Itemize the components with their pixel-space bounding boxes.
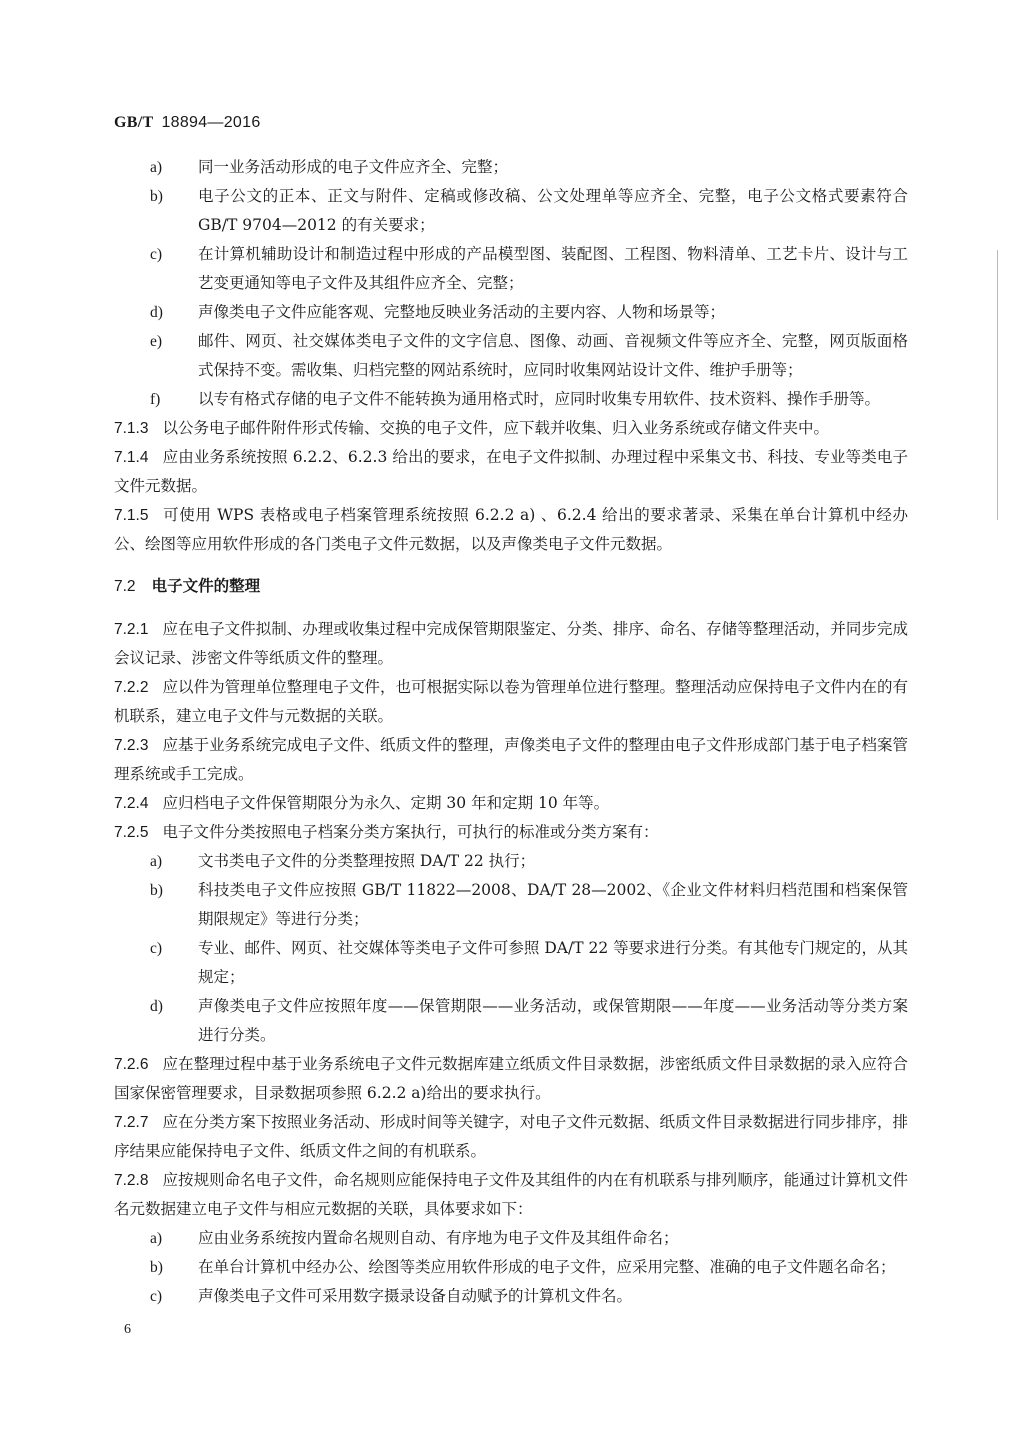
list-item: f)以专有格式存储的电子文件不能转换为通用格式时，应同时收集专用软件、技术资料、… (114, 385, 908, 414)
list-text: 声像类电子文件应能客观、完整地反映业务活动的主要内容、人物和场景等； (198, 298, 908, 327)
list-label: d) (114, 298, 198, 327)
clause-7-2-7: 7.2.7应在分类方案下按照业务活动、形成时间等关键字，对电子文件元数据、纸质文… (114, 1108, 908, 1166)
clause-7-2-1: 7.2.1应在电子文件拟制、办理或收集过程中完成保管期限鉴定、分类、排序、命名、… (114, 615, 908, 673)
clause-7-2-4: 7.2.4应归档电子文件保管期限分为永久、定期 30 年和定期 10 年等。 (114, 789, 908, 818)
clause-number: 7.2.2 (114, 679, 148, 696)
clause-text: 可使用 WPS 表格或电子档案管理系统按照 6.2.2 a) 、6.2.4 给出… (114, 506, 908, 553)
list-label: d) (114, 992, 198, 1050)
list-label: a) (114, 1224, 198, 1253)
clause-7-2-6: 7.2.6应在整理过程中基于业务系统电子文件元数据库建立纸质文件目录数据，涉密纸… (114, 1050, 908, 1108)
clause-text: 应按规则命名电子文件，命名规则应能保持电子文件及其组件的内在有机联系与排列顺序，… (114, 1171, 908, 1218)
clause-text: 应在整理过程中基于业务系统电子文件元数据库建立纸质文件目录数据，涉密纸质文件目录… (114, 1055, 908, 1102)
list-item: b)科技类电子文件应按照 GB/T 11822—2008、DA/T 28—200… (114, 876, 908, 934)
list-item: a)文书类电子文件的分类整理按照 DA/T 22 执行； (114, 847, 908, 876)
standard-code: GB/T (114, 114, 153, 131)
standard-number: 18894—2016 (161, 114, 260, 131)
clause-number: 7.1.3 (114, 420, 148, 437)
list-label: c) (114, 240, 198, 298)
list-item: c)在计算机辅助设计和制造过程中形成的产品模型图、装配图、工程图、物料清单、工艺… (114, 240, 908, 298)
list-text: 应由业务系统按内置命名规则自动、有序地为电子文件及其组件命名； (198, 1224, 908, 1253)
clause-text: 应基于业务系统完成电子文件、纸质文件的整理，声像类电子文件的整理由电子文件形成部… (114, 736, 908, 783)
list-item: c)专业、邮件、网页、社交媒体等类电子文件可参照 DA/T 22 等要求进行分类… (114, 934, 908, 992)
list-text: 在计算机辅助设计和制造过程中形成的产品模型图、装配图、工程图、物料清单、工艺卡片… (198, 240, 908, 298)
clause-7-2-5: 7.2.5电子文件分类按照电子档案分类方案执行，可执行的标准或分类方案有： (114, 818, 908, 847)
list-item: e)邮件、网页、社交媒体类电子文件的文字信息、图像、动画、音视频文件等应齐全、完… (114, 327, 908, 385)
clause-number: 7.2.4 (114, 795, 148, 812)
list-item: d)声像类电子文件应按照年度——保管期限——业务活动，或保管期限——年度——业务… (114, 992, 908, 1050)
clause-text: 应由业务系统按照 6.2.2、6.2.3 给出的要求，在电子文件拟制、办理过程中… (114, 448, 908, 495)
document-header: GB/T18894—2016 (114, 112, 261, 132)
list-text: 声像类电子文件可采用数字摄录设备自动赋予的计算机文件名。 (198, 1282, 908, 1311)
list-text: 声像类电子文件应按照年度——保管期限——业务活动，或保管期限——年度——业务活动… (198, 992, 908, 1050)
list-text: 专业、邮件、网页、社交媒体等类电子文件可参照 DA/T 22 等要求进行分类。有… (198, 934, 908, 992)
list-item: b)在单台计算机中经办公、绘图等类应用软件形成的电子文件，应采用完整、准确的电子… (114, 1253, 908, 1282)
list-item: a)应由业务系统按内置命名规则自动、有序地为电子文件及其组件命名； (114, 1224, 908, 1253)
list-label: a) (114, 847, 198, 876)
list-label: b) (114, 1253, 198, 1282)
clause-text: 应在分类方案下按照业务活动、形成时间等关键字，对电子文件元数据、纸质文件目录数据… (114, 1113, 908, 1160)
document-body: a)同一业务活动形成的电子文件应齐全、完整； b)电子公文的正本、正文与附件、定… (114, 153, 908, 1311)
list-label: a) (114, 153, 198, 182)
section-heading-7-2: 7.2电子文件的整理 (114, 572, 908, 601)
clause-number: 7.2.6 (114, 1056, 148, 1073)
clause-text: 应以件为管理单位整理电子文件，也可根据实际以卷为管理单位进行整理。整理活动应保持… (114, 678, 908, 725)
clause-number: 7.2.5 (114, 824, 148, 841)
clause-number: 7.1.4 (114, 449, 148, 466)
page-number: 6 (124, 1322, 131, 1338)
clause-number: 7.2.8 (114, 1172, 148, 1189)
list-text: 文书类电子文件的分类整理按照 DA/T 22 执行； (198, 847, 908, 876)
list-label: c) (114, 1282, 198, 1311)
list-text: 科技类电子文件应按照 GB/T 11822—2008、DA/T 28—2002、… (198, 876, 908, 934)
clause-text: 应归档电子文件保管期限分为永久、定期 30 年和定期 10 年等。 (162, 794, 609, 812)
clause-7-2-2: 7.2.2应以件为管理单位整理电子文件，也可根据实际以卷为管理单位进行整理。整理… (114, 673, 908, 731)
clause-number: 7.1.5 (114, 507, 148, 524)
list-item: b)电子公文的正本、正文与附件、定稿或修改稿、公文处理单等应齐全、完整，电子公文… (114, 182, 908, 240)
clause-7-2-8: 7.2.8应按规则命名电子文件，命名规则应能保持电子文件及其组件的内在有机联系与… (114, 1166, 908, 1224)
list-text: 电子公文的正本、正文与附件、定稿或修改稿、公文处理单等应齐全、完整，电子公文格式… (198, 182, 908, 240)
scan-artifact-line (997, 250, 998, 520)
list-text: 同一业务活动形成的电子文件应齐全、完整； (198, 153, 908, 182)
clause-number: 7.2.3 (114, 737, 148, 754)
clause-text: 以公务电子邮件附件形式传输、交换的电子文件，应下载并收集、归入业务系统或存储文件… (162, 419, 829, 437)
list-label: e) (114, 327, 198, 385)
list-label: b) (114, 182, 198, 240)
clause-number: 7.2.1 (114, 621, 148, 638)
list-label: f) (114, 385, 198, 414)
list-text: 邮件、网页、社交媒体类电子文件的文字信息、图像、动画、音视频文件等应齐全、完整，… (198, 327, 908, 385)
clause-7-2-3: 7.2.3应基于业务系统完成电子文件、纸质文件的整理，声像类电子文件的整理由电子… (114, 731, 908, 789)
list-item: c)声像类电子文件可采用数字摄录设备自动赋予的计算机文件名。 (114, 1282, 908, 1311)
clause-7-1-3: 7.1.3以公务电子邮件附件形式传输、交换的电子文件，应下载并收集、归入业务系统… (114, 414, 908, 443)
clause-text: 应在电子文件拟制、办理或收集过程中完成保管期限鉴定、分类、排序、命名、存储等整理… (114, 620, 908, 667)
list-label: c) (114, 934, 198, 992)
list-text: 以专有格式存储的电子文件不能转换为通用格式时，应同时收集专用软件、技术资料、操作… (198, 385, 908, 414)
section-number: 7.2 (114, 578, 136, 595)
list-item: d)声像类电子文件应能客观、完整地反映业务活动的主要内容、人物和场景等； (114, 298, 908, 327)
clause-text: 电子文件分类按照电子档案分类方案执行，可执行的标准或分类方案有： (162, 823, 658, 841)
section-title: 电子文件的整理 (152, 577, 261, 595)
clause-7-1-5: 7.1.5可使用 WPS 表格或电子档案管理系统按照 6.2.2 a) 、6.2… (114, 501, 908, 559)
list-text: 在单台计算机中经办公、绘图等类应用软件形成的电子文件，应采用完整、准确的电子文件… (198, 1253, 908, 1282)
list-item: a)同一业务活动形成的电子文件应齐全、完整； (114, 153, 908, 182)
clause-7-1-4: 7.1.4应由业务系统按照 6.2.2、6.2.3 给出的要求，在电子文件拟制、… (114, 443, 908, 501)
list-label: b) (114, 876, 198, 934)
clause-number: 7.2.7 (114, 1114, 148, 1131)
